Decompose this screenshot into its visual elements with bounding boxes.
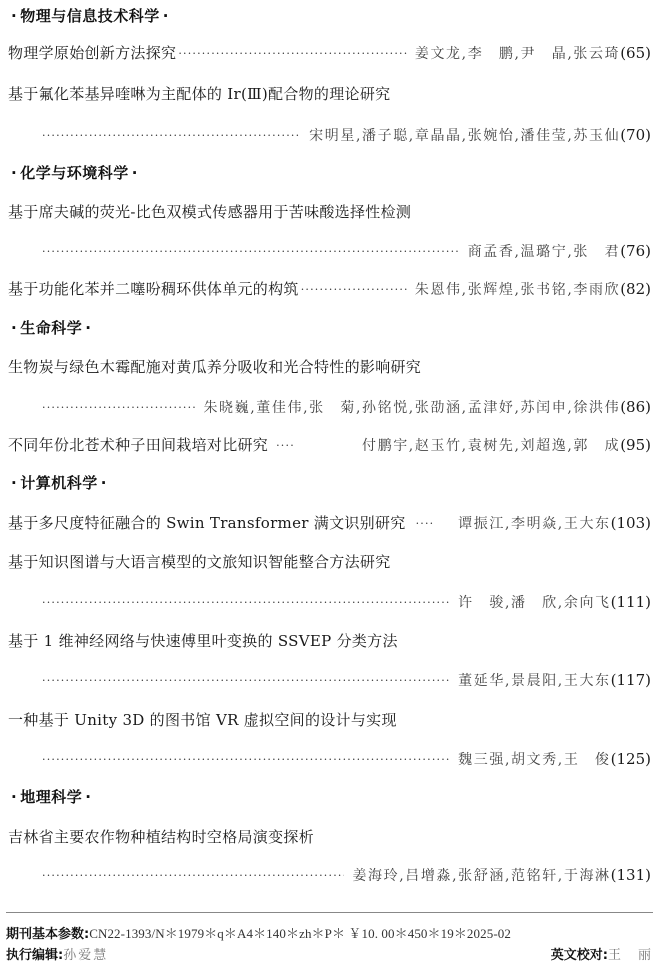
executive-editor-value: 孙爱慧	[63, 946, 108, 964]
page-number: (111)	[611, 591, 651, 613]
dot-leader: ········································…	[42, 397, 195, 419]
article-authors: 宋明星,潘子聪,章晶晶,张婉怡,潘佳莹,苏玉仙	[309, 125, 620, 147]
bullet-dot: ·	[129, 163, 141, 183]
executive-editor-label: 执行编辑:	[6, 947, 63, 965]
dot-leader: ········································…	[42, 125, 301, 147]
article-authors: 付鹏宇,赵玉竹,袁树先,刘超逸,郭 成	[362, 435, 620, 457]
section-heading-text: 计算机科学	[20, 474, 98, 492]
toc-entry-author-line: ········································…	[42, 864, 651, 886]
section-heading-text: 地理科学	[20, 788, 82, 806]
toc-entry-author-line: ········································…	[42, 124, 651, 146]
page-number: (82)	[620, 278, 651, 300]
bullet-dot: ·	[82, 318, 94, 338]
journal-params-value: CN22-1393/N＊1979＊q＊A4＊140＊zh＊P＊ ￥10. 00＊…	[89, 925, 511, 943]
page-number: (76)	[620, 240, 651, 262]
english-proofreader-value: 王 丽	[608, 946, 653, 964]
page-number: (117)	[611, 669, 651, 691]
dot-leader: ········································…	[42, 241, 460, 263]
page-number: (95)	[620, 434, 651, 456]
article-authors: 朱晓巍,董佳伟,张 菊,孙铭悦,张劭涵,孟津妤,苏闰申,徐洪伟	[203, 397, 620, 419]
article-title[interactable]: 一种基于 Unity 3D 的图书馆 VR 虚拟空间的设计与实现	[8, 709, 397, 731]
dot-leader: ········································…	[416, 513, 434, 535]
article-authors: 魏三强,胡文秀,王 俊	[458, 749, 611, 771]
section-heading-text: 化学与环境科学	[20, 164, 129, 182]
toc-entry[interactable]: 不同年份北苍术种子田间栽培对比研究 ······················…	[8, 434, 651, 456]
toc-entry[interactable]: 物理学原始创新方法探究 ····························…	[8, 42, 651, 64]
toc-entry-author-line: ········································…	[42, 396, 651, 418]
page-number: (131)	[611, 864, 651, 886]
dot-leader: ········································…	[42, 592, 450, 614]
article-title[interactable]: 基于 1 维神经网络与快速傅里叶变换的 SSVEP 分类方法	[8, 630, 398, 652]
section-heading-physics: ·物理与信息技术科学·	[8, 6, 172, 26]
footer-divider	[6, 912, 653, 913]
article-title[interactable]: 基于多尺度特征融合的 Swin Transformer 满文识别研究	[8, 512, 406, 534]
bullet-dot: ·	[8, 787, 20, 807]
dot-leader: ········································…	[42, 749, 450, 771]
bullet-dot: ·	[8, 473, 20, 493]
article-title[interactable]: 不同年份北苍术种子田间栽培对比研究	[8, 434, 268, 456]
article-title[interactable]: 基于功能化苯并二噻吩稠环供体单元的构筑	[8, 278, 299, 300]
english-proofreader-label: 英文校对:	[551, 947, 608, 965]
bullet-dot: ·	[82, 787, 94, 807]
table-of-contents-page: ·物理与信息技术科学· 物理学原始创新方法探究 ················…	[0, 0, 659, 975]
article-title[interactable]: 基于氟化苯基异喹啉为主配体的 Ir(Ⅲ)配合物的理论研究	[8, 83, 390, 105]
article-title[interactable]: 基于席夫碱的荧光-比色双模式传感器用于苦味酸选择性检测	[8, 201, 411, 223]
section-heading-life-science: ·生命科学·	[8, 318, 94, 338]
article-authors: 董延华,景晨阳,王大东	[458, 670, 611, 692]
toc-entry-author-line: ········································…	[42, 748, 651, 770]
dot-leader: ········································…	[42, 670, 450, 692]
page-number: (65)	[620, 42, 651, 64]
article-title[interactable]: 物理学原始创新方法探究	[8, 42, 176, 64]
toc-entry-title-line[interactable]: 生物炭与绿色木霉配施对黄瓜养分吸收和光合特性的影响研究	[8, 356, 651, 378]
toc-entry-author-line: ········································…	[42, 591, 651, 613]
page-number: (86)	[620, 396, 651, 418]
bullet-dot: ·	[98, 473, 110, 493]
section-heading-chemistry: ·化学与环境科学·	[8, 163, 141, 183]
bullet-dot: ·	[8, 163, 20, 183]
section-heading-geography: ·地理科学·	[8, 787, 94, 807]
toc-entry-title-line[interactable]: 基于席夫碱的荧光-比色双模式传感器用于苦味酸选择性检测	[8, 201, 651, 223]
bullet-dot: ·	[160, 6, 172, 26]
toc-entry-title-line[interactable]: 基于知识图谱与大语言模型的文旅知识智能整合方法研究	[8, 551, 651, 573]
toc-entry-author-line: ········································…	[42, 669, 651, 691]
journal-params-line: 期刊基本参数: CN22-1393/N＊1979＊q＊A4＊140＊zh＊P＊ …	[6, 925, 653, 944]
page-number: (125)	[611, 748, 651, 770]
toc-entry-title-line[interactable]: 基于氟化苯基异喹啉为主配体的 Ir(Ⅲ)配合物的理论研究	[8, 83, 651, 105]
journal-params-label: 期刊基本参数:	[6, 926, 89, 944]
article-authors: 许 骏,潘 欣,余向飞	[458, 592, 611, 614]
bullet-dot: ·	[8, 6, 20, 26]
section-heading-computer-science: ·计算机科学·	[8, 473, 110, 493]
dot-leader: ········································…	[178, 43, 407, 65]
toc-entry[interactable]: 基于功能化苯并二噻吩稠环供体单元的构筑 ····················…	[8, 278, 651, 300]
editor-line: 执行编辑: 孙爱慧 英文校对: 王 丽	[6, 946, 653, 965]
article-title[interactable]: 吉林省主要农作物种植结构时空格局演变探析	[8, 826, 314, 848]
dot-leader: ········································…	[301, 279, 407, 301]
section-heading-text: 生命科学	[20, 319, 82, 337]
article-authors: 姜文龙,李 鹏,尹 晶,张云琦	[415, 43, 620, 65]
section-heading-text: 物理与信息技术科学	[20, 7, 160, 25]
page-number: (103)	[611, 512, 651, 534]
article-title[interactable]: 生物炭与绿色木霉配施对黄瓜养分吸收和光合特性的影响研究	[8, 356, 421, 378]
bullet-dot: ·	[8, 318, 20, 338]
toc-entry-title-line[interactable]: 一种基于 Unity 3D 的图书馆 VR 虚拟空间的设计与实现	[8, 709, 651, 731]
toc-entry[interactable]: 基于多尺度特征融合的 Swin Transformer 满文识别研究 ·····…	[8, 512, 651, 534]
toc-entry-title-line[interactable]: 吉林省主要农作物种植结构时空格局演变探析	[8, 826, 651, 848]
dot-leader: ········································…	[42, 865, 344, 887]
toc-entry-title-line[interactable]: 基于 1 维神经网络与快速傅里叶变换的 SSVEP 分类方法	[8, 630, 651, 652]
article-authors: 谭振江,李明焱,王大东	[458, 513, 611, 535]
article-authors: 朱恩伟,张辉煌,张书铭,李雨欣	[415, 279, 620, 301]
article-title[interactable]: 基于知识图谱与大语言模型的文旅知识智能整合方法研究	[8, 551, 391, 573]
page-number: (70)	[620, 124, 651, 146]
dot-leader: ········································…	[276, 435, 294, 457]
toc-entry-author-line: ········································…	[42, 240, 651, 262]
article-authors: 商孟香,温璐宁,张 君	[468, 241, 621, 263]
article-authors: 姜海玲,吕增淼,张舒涵,范铭轩,于海淋	[352, 865, 610, 887]
